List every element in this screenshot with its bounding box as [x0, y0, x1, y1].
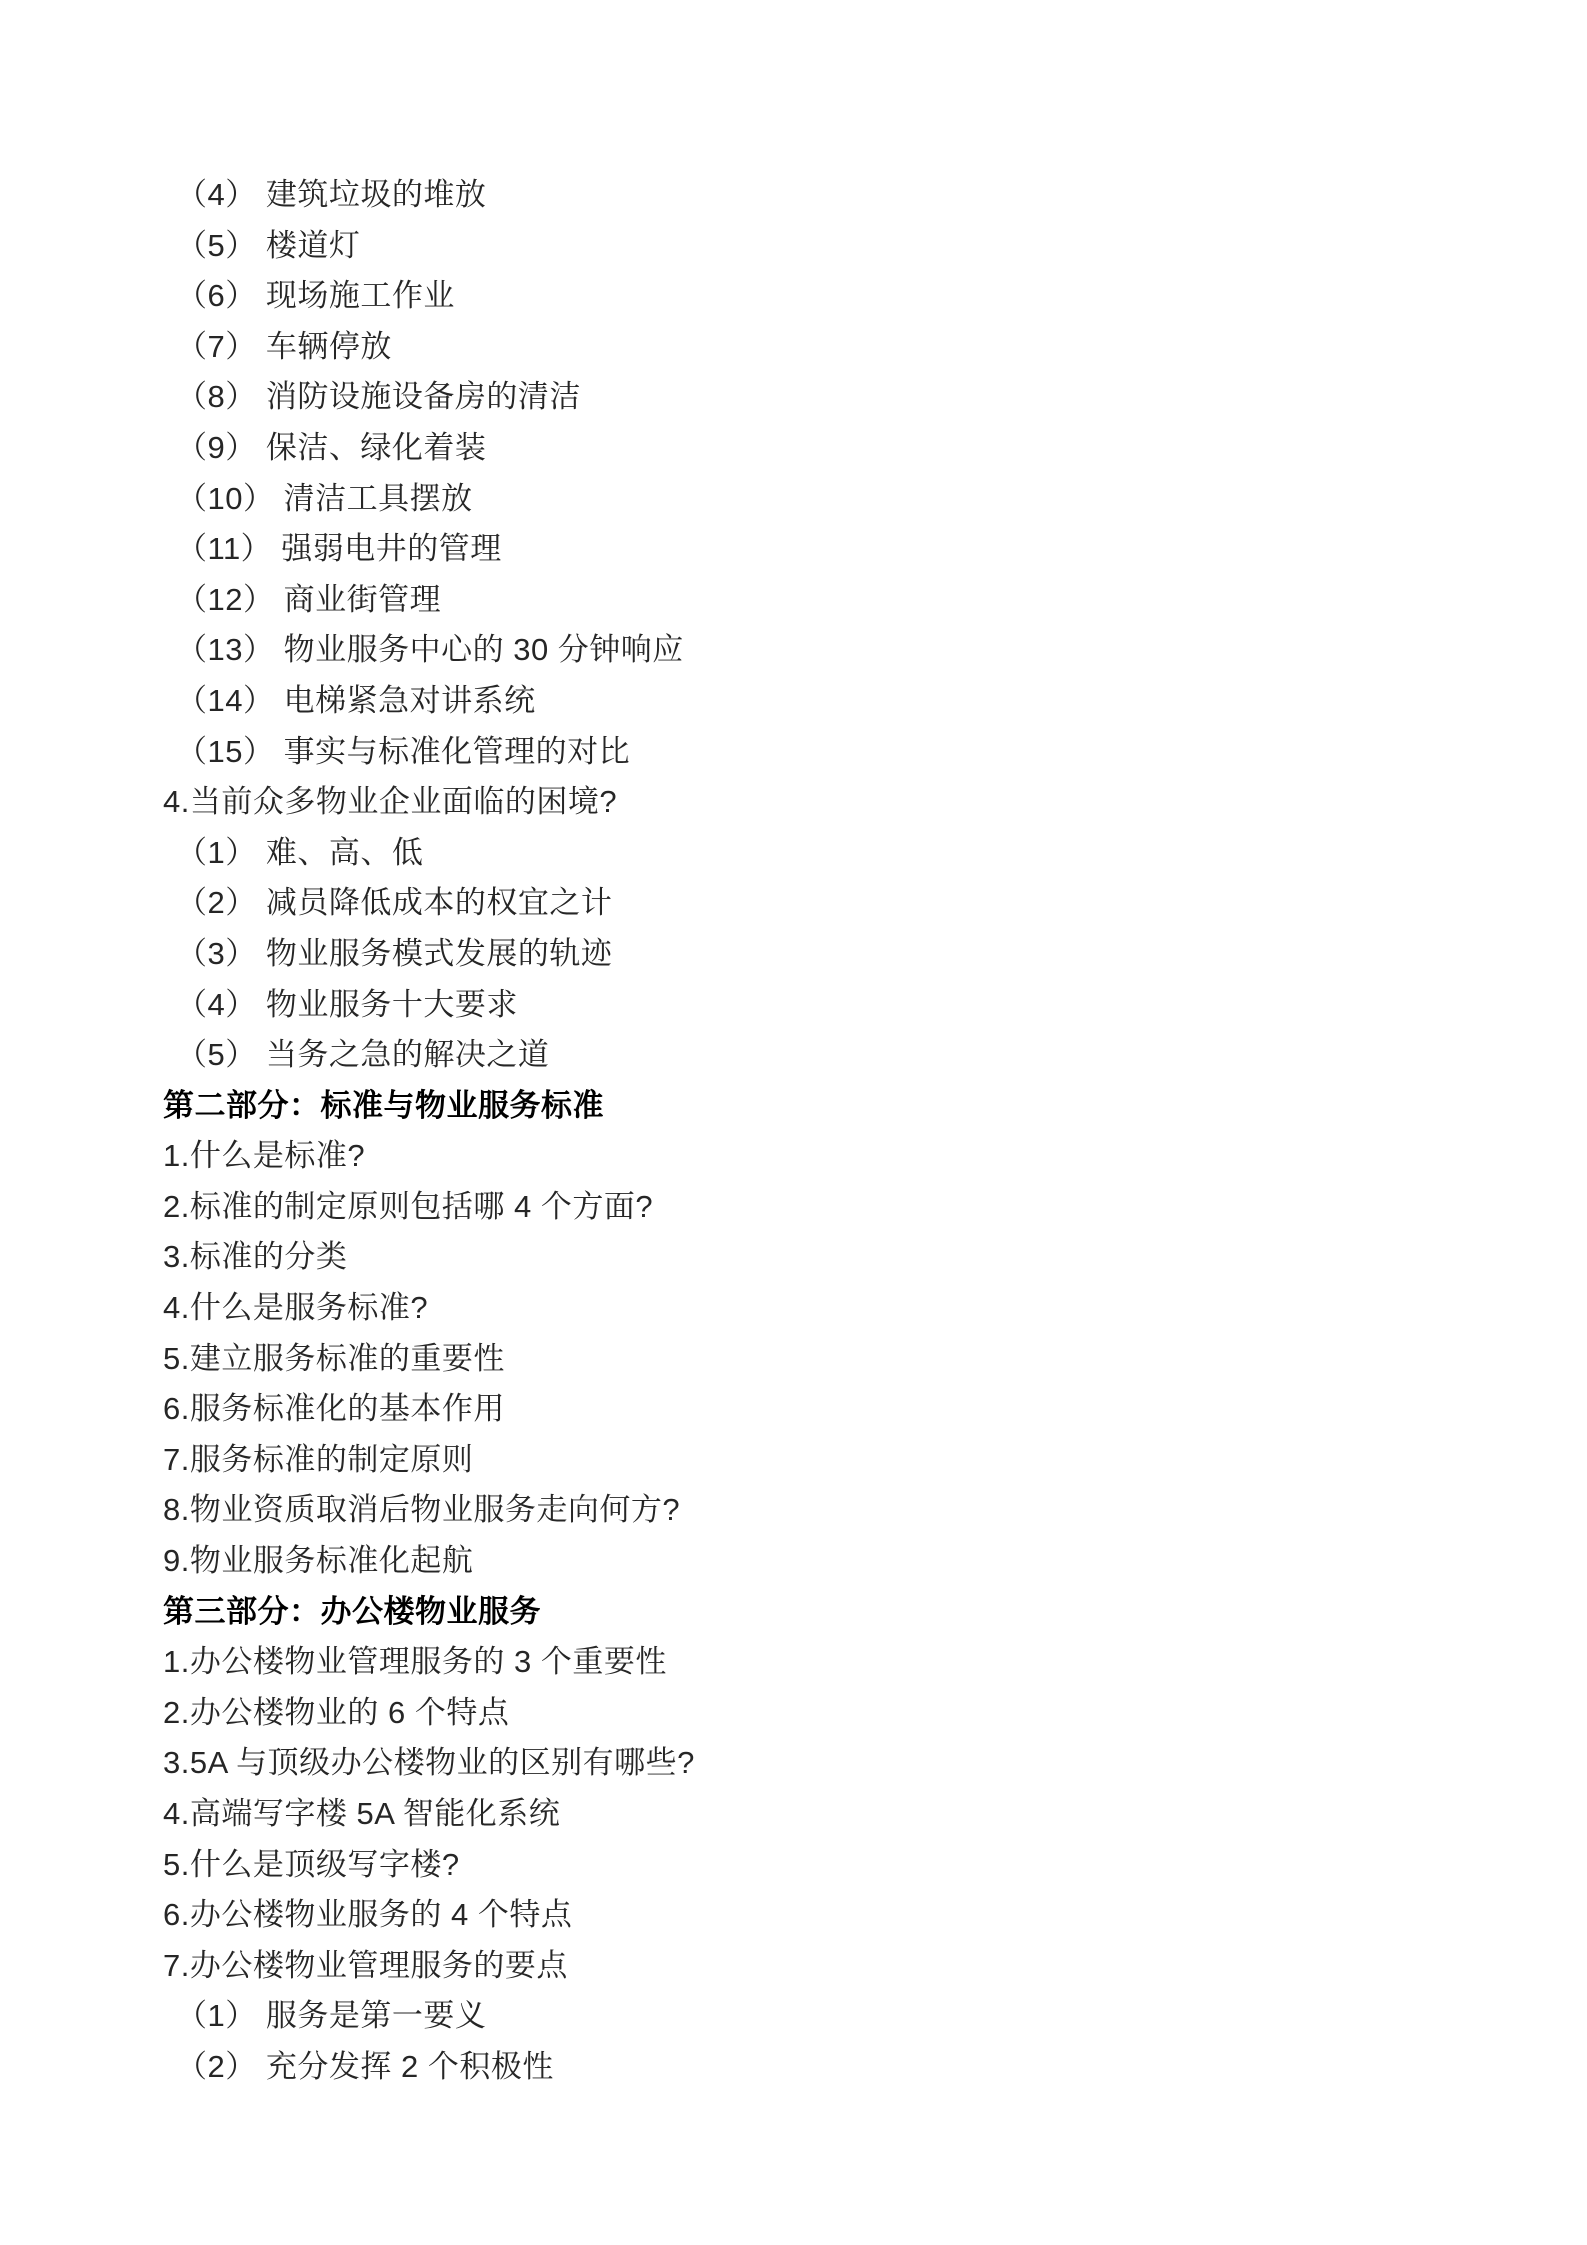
- toc-line: （15） 事实与标准化管理的对比: [163, 727, 1497, 778]
- document-page: （4） 建筑垃圾的堆放（5） 楼道灯（6） 现场施工作业（7） 车辆停放（8） …: [0, 0, 1587, 2245]
- toc-line: 4.高端写字楼 5A 智能化系统: [163, 1789, 1497, 1840]
- toc-line: 7.办公楼物业管理服务的要点: [163, 1941, 1497, 1992]
- toc-line: （6） 现场施工作业: [163, 271, 1497, 322]
- toc-line: （3） 物业服务模式发展的轨迹: [163, 929, 1497, 980]
- toc-line: （14） 电梯紧急对讲系统: [163, 676, 1497, 727]
- toc-line: 8.物业资质取消后物业服务走向何方?: [163, 1485, 1497, 1536]
- toc-line: （1） 难、高、低: [163, 828, 1497, 879]
- toc-line: 7.服务标准的制定原则: [163, 1435, 1497, 1486]
- toc-line: （11） 强弱电井的管理: [163, 524, 1497, 575]
- toc-line: （7） 车辆停放: [163, 322, 1497, 373]
- toc-line: 4.什么是服务标准?: [163, 1283, 1497, 1334]
- toc-line: （4） 物业服务十大要求: [163, 980, 1497, 1031]
- section-heading: 第三部分：办公楼物业服务: [163, 1587, 1497, 1638]
- toc-line: （5） 楼道灯: [163, 221, 1497, 272]
- toc-line: （8） 消防设施设备房的清洁: [163, 372, 1497, 423]
- toc-line: 5.什么是顶级写字楼?: [163, 1840, 1497, 1891]
- toc-line: （12） 商业街管理: [163, 575, 1497, 626]
- toc-line: 2.标准的制定原则包括哪 4 个方面?: [163, 1182, 1497, 1233]
- toc-line: 3.标准的分类: [163, 1232, 1497, 1283]
- toc-line: （2） 充分发挥 2 个积极性: [163, 2042, 1497, 2093]
- toc-line: 4.当前众多物业企业面临的困境?: [163, 777, 1497, 828]
- section-heading: 第二部分：标准与物业服务标准: [163, 1081, 1497, 1132]
- toc-line: 1.什么是标准?: [163, 1131, 1497, 1182]
- toc-lines: （4） 建筑垃圾的堆放（5） 楼道灯（6） 现场施工作业（7） 车辆停放（8） …: [163, 170, 1497, 2093]
- toc-line: （9） 保洁、绿化着装: [163, 423, 1497, 474]
- toc-line: 5.建立服务标准的重要性: [163, 1334, 1497, 1385]
- toc-line: （2） 减员降低成本的权宜之计: [163, 878, 1497, 929]
- toc-line: 1.办公楼物业管理服务的 3 个重要性: [163, 1637, 1497, 1688]
- toc-line: （4） 建筑垃圾的堆放: [163, 170, 1497, 221]
- toc-line: （10） 清洁工具摆放: [163, 474, 1497, 525]
- toc-line: 6.服务标准化的基本作用: [163, 1384, 1497, 1435]
- toc-line: 6.办公楼物业服务的 4 个特点: [163, 1890, 1497, 1941]
- toc-line: 2.办公楼物业的 6 个特点: [163, 1688, 1497, 1739]
- toc-line: （13） 物业服务中心的 30 分钟响应: [163, 625, 1497, 676]
- toc-line: 9.物业服务标准化起航: [163, 1536, 1497, 1587]
- toc-line: （5） 当务之急的解决之道: [163, 1030, 1497, 1081]
- toc-line: （1） 服务是第一要义: [163, 1991, 1497, 2042]
- toc-line: 3.5A 与顶级办公楼物业的区别有哪些?: [163, 1738, 1497, 1789]
